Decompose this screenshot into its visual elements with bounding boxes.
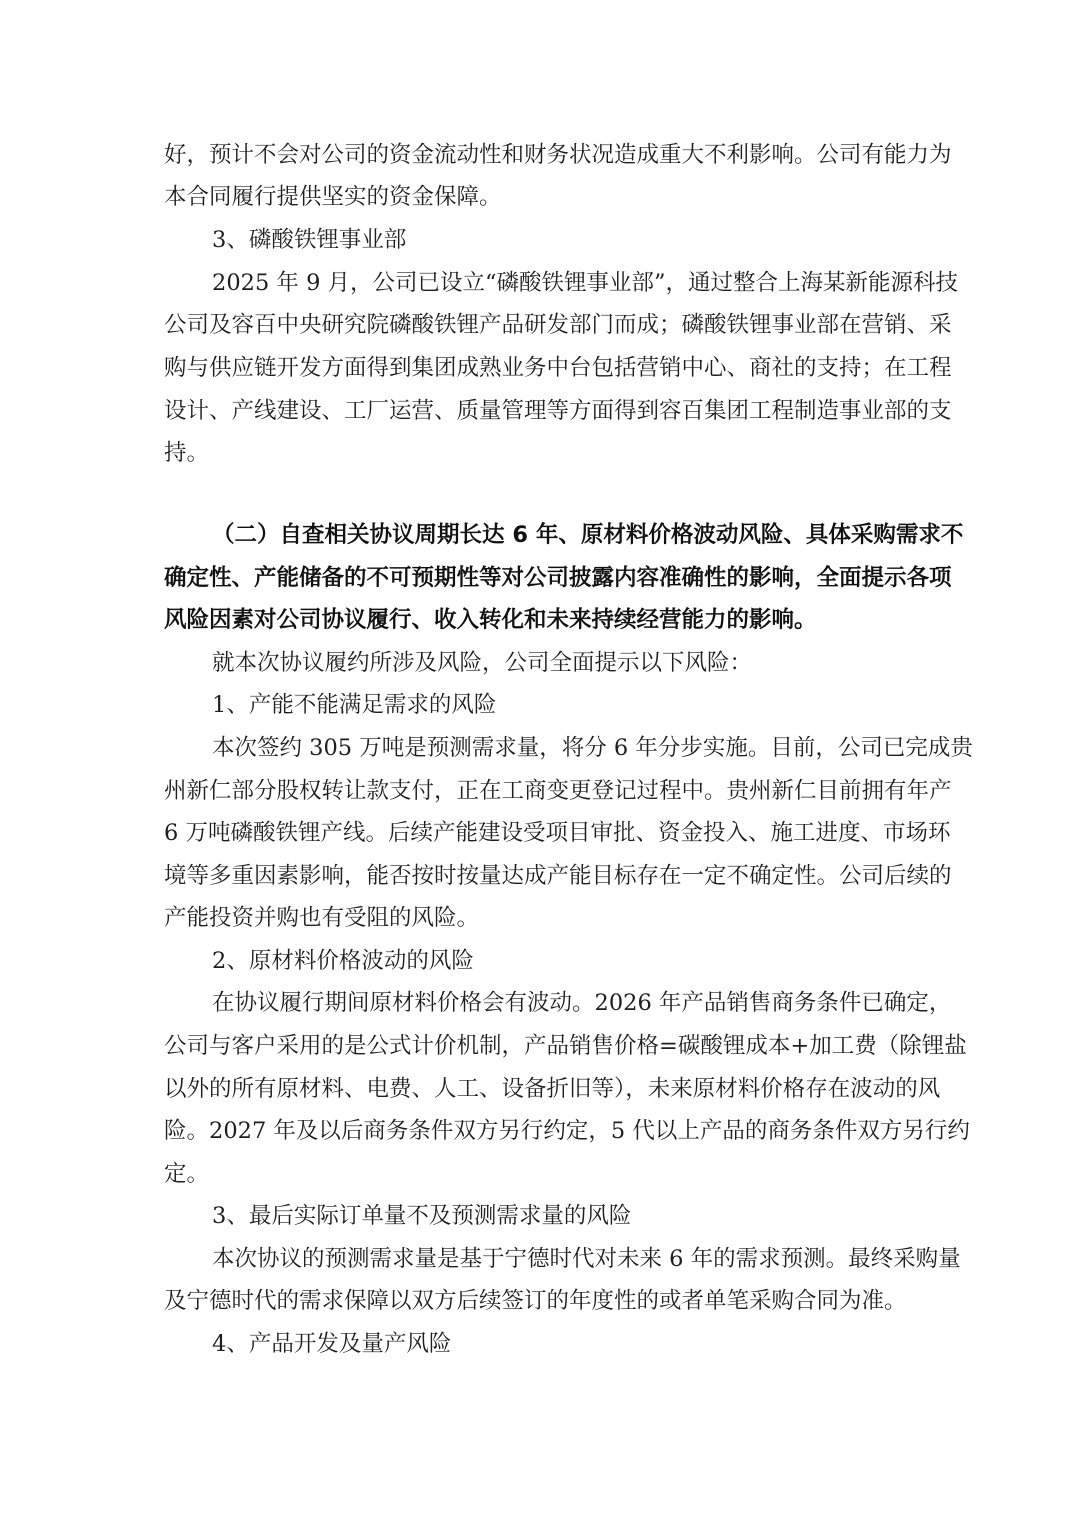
text-line: 公司与客户采用的是公式计价机制，产品销售价格=碳酸锂成本+加工费（除锂盐 [164, 1031, 916, 1061]
text-line: 产能投资并购也有受阻的风险。 [164, 903, 916, 933]
text-line: 6 万吨磷酸铁锂产线。后续产能建设受项目审批、资金投入、施工进度、市场环 [164, 818, 916, 848]
text-line: 州新仁部分股权转让款支付，正在工商变更登记过程中。贵州新仁目前拥有年产 [164, 776, 916, 806]
subheading-risk-capacity: 1、产能不能满足需求的风险 [212, 690, 916, 720]
text-line: 2025 年 9 月，公司已设立“磷酸铁锂事业部”，通过整合上海某新能源科技 [212, 268, 916, 298]
text-line: 本次签约 305 万吨是预测需求量，将分 6 年分步实施。目前，公司已完成贵 [212, 733, 916, 763]
text-line: 在协议履行期间原材料价格会有波动。2026 年产品销售商务条件已确定， [212, 988, 916, 1018]
text-line: 及宁德时代的需求保障以双方后续签订的年度性的或者单笔采购合同为准。 [164, 1286, 916, 1316]
subheading-lfp-division: 3、磷酸铁锂事业部 [212, 225, 916, 255]
heading-line: 风险因素对公司协议履行、收入转化和未来持续经营能力的影响。 [164, 605, 916, 635]
text-line: 购与供应链开发方面得到集团成熟业务中台包括营销中心、商社的支持；在工程 [164, 353, 916, 383]
subheading-risk-raw-material: 2、原材料价格波动的风险 [212, 946, 916, 976]
text-line: 定。 [164, 1159, 916, 1189]
heading-line: 确定性、产能储备的不可预期性等对公司披露内容准确性的影响，全面提示各项 [164, 563, 916, 593]
subheading-risk-product-development: 4、产品开发及量产风险 [212, 1329, 916, 1359]
text-line: 好，预计不会对公司的资金流动性和财务状况造成重大不利影响。公司有能力为 [164, 140, 916, 170]
text-line: 公司及容百中央研究院磷酸铁锂产品研发部门而成；磷酸铁锂事业部在营销、采 [164, 310, 916, 340]
text-line: 设计、产线建设、工厂运营、质量管理等方面得到容百集团工程制造事业部的支 [164, 396, 916, 426]
paragraph-risk-intro: 就本次协议履约所涉及风险，公司全面提示以下风险： [212, 648, 916, 678]
text-line: 本次协议的预测需求量是基于宁德时代对未来 6 年的需求预测。最终采购量 [212, 1244, 916, 1274]
subheading-risk-order-volume: 3、最后实际订单量不及预测需求量的风险 [212, 1201, 916, 1231]
text-line: 本合同履行提供坚实的资金保障。 [164, 182, 916, 212]
text-line: 境等多重因素影响，能否按时按量达成产能目标存在一定不确定性。公司后续的 [164, 861, 916, 891]
text-line: 险。2027 年及以后商务条件双方另行约定，5 代以上产品的商务条件双方另行约 [164, 1116, 916, 1146]
text-line: 持。 [164, 438, 916, 468]
text-line: 以外的所有原材料、电费、人工、设备折旧等），未来原材料价格存在波动的风 [164, 1074, 916, 1104]
heading-line: （二）自查相关协议周期长达 6 年、原材料价格波动风险、具体采购需求不 [212, 520, 916, 550]
document-page: 好，预计不会对公司的资金流动性和财务状况造成重大不利影响。公司有能力为 本合同履… [0, 0, 1080, 1527]
